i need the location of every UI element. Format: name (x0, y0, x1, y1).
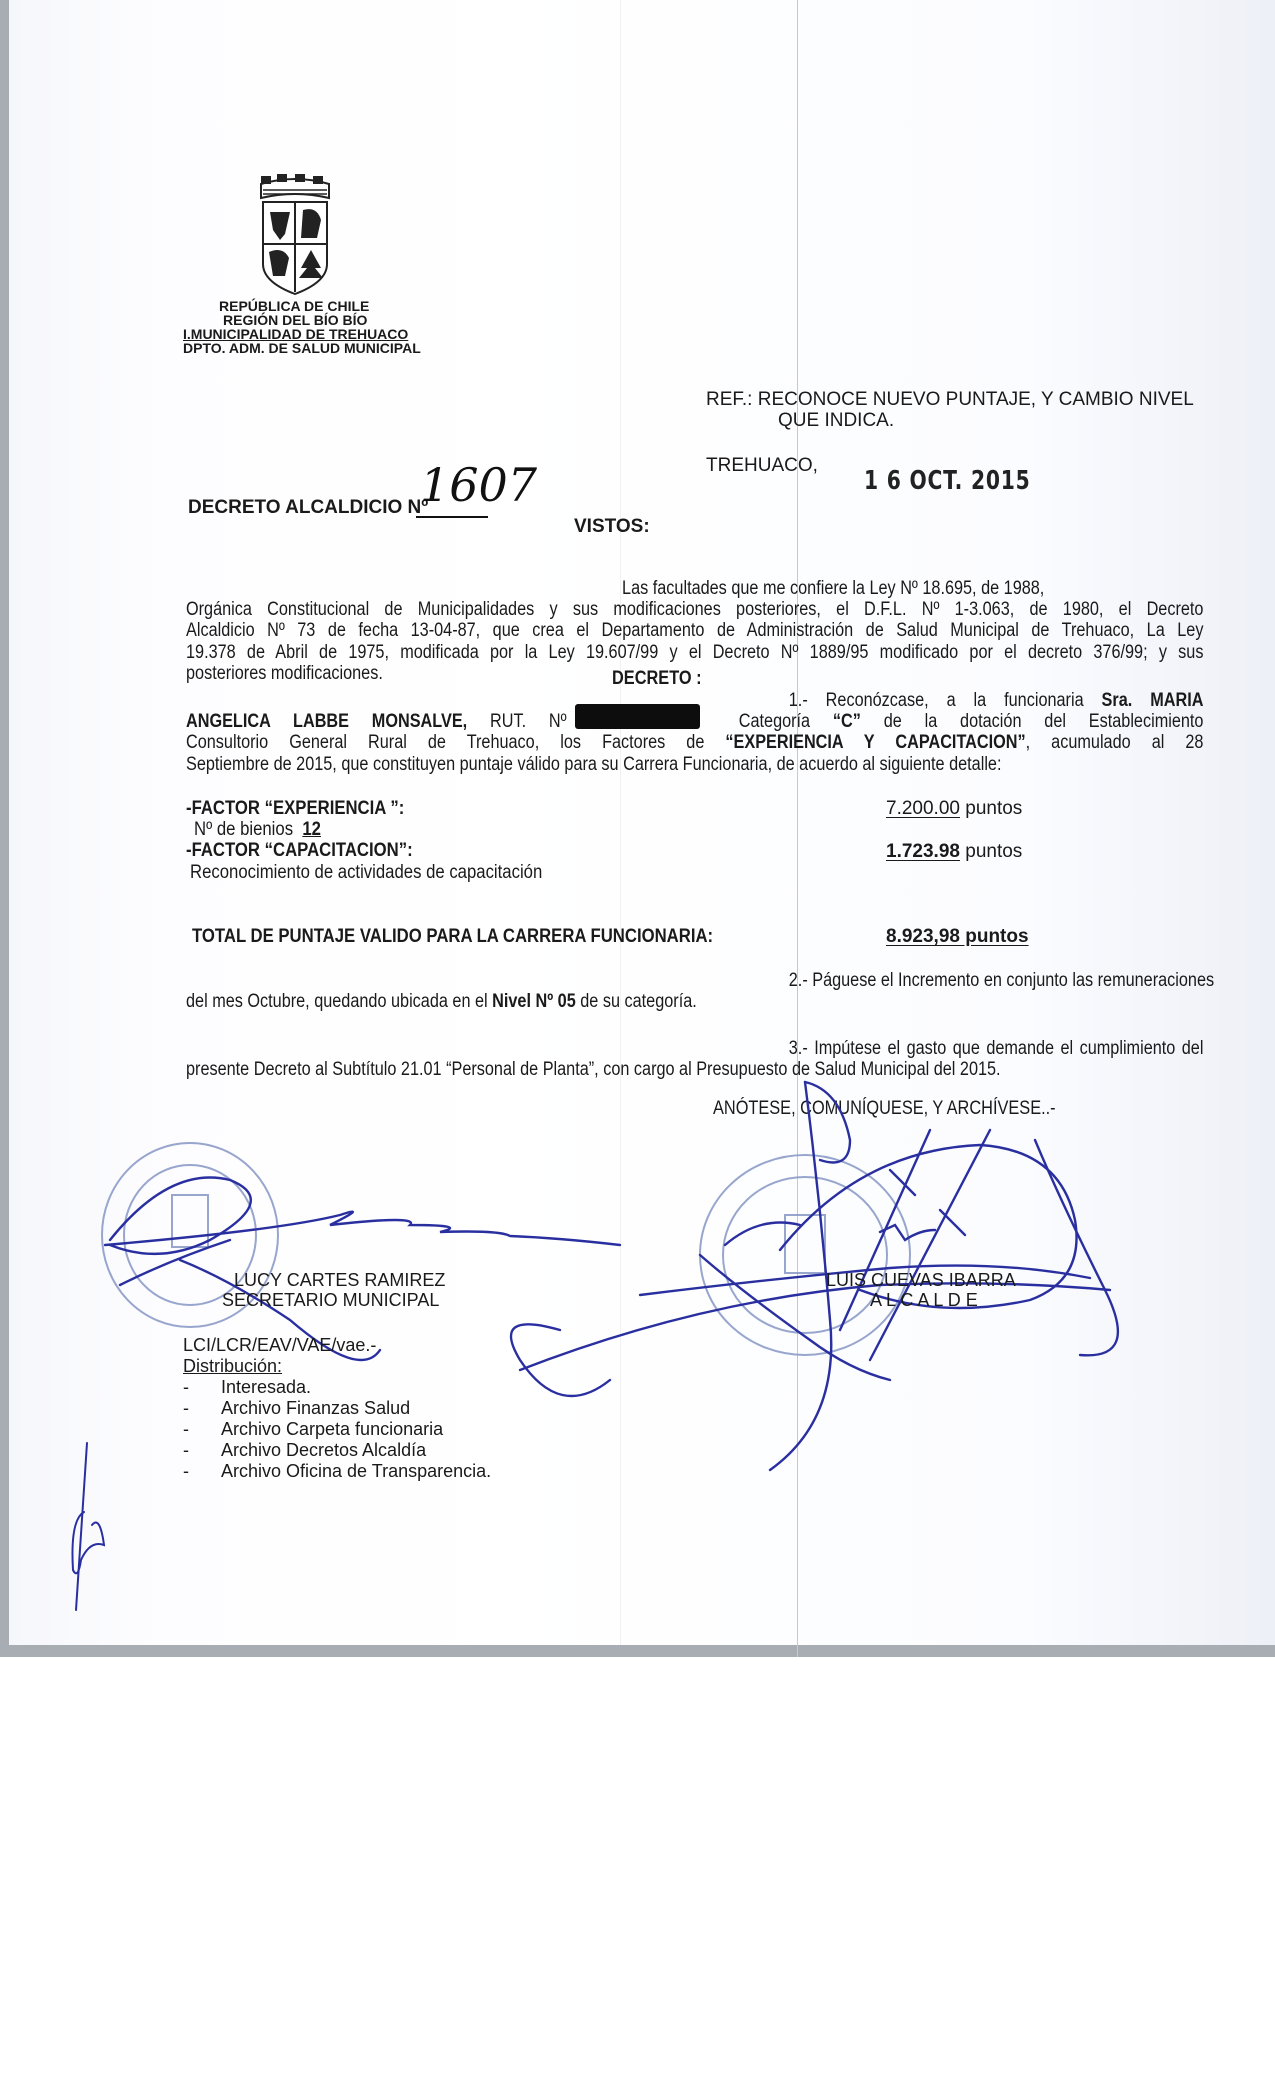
letterhead-line-region: REGIÓN DEL BÍO BÍO (183, 313, 421, 327)
initials: LCI/LCR/EAV/VAE/vae.- (183, 1335, 491, 1356)
reference-line-2: QUE INDICA. (706, 410, 1194, 431)
secretary-title: SECRETARIO MUNICIPAL (202, 1290, 445, 1310)
vistos-line-1: Las facultades que me confiere la Ley Nº… (186, 578, 1203, 599)
distribution-item: -Archivo Finanzas Salud (183, 1398, 491, 1419)
vistos-heading: VISTOS: (574, 516, 650, 538)
redacted-rut (575, 704, 700, 729)
decree-number-underline (416, 516, 488, 518)
decree-number-handwritten: 1607 (420, 458, 537, 512)
distribution-item: -Archivo Carpeta funcionaria (183, 1419, 491, 1440)
decreto-item-1: 1.- Reconózcase, a la funcionaria Sra. M… (186, 690, 1206, 775)
distribution-heading: Distribución: (183, 1356, 491, 1377)
capacitacion-points: 1.723.98 puntos (886, 841, 1022, 863)
distribution-item: -Archivo Decretos Alcaldía (183, 1440, 491, 1461)
reference: REF.: RECONOCE NUEVO PUNTAJE, Y CAMBIO N… (706, 389, 1194, 431)
bienios-row: Nº de bienios 12 (194, 819, 338, 841)
fold-line (620, 0, 621, 1645)
letterhead-line-country: REPÚBLICA DE CHILE (183, 299, 421, 313)
decreto-heading: DECRETO : (612, 668, 716, 689)
vistos-line-4: 19.378 de Abril de 1975, modificada por … (186, 642, 1203, 663)
secretary-name: LUCY CARTES RAMIREZ (202, 1270, 445, 1290)
decreto-item-2: 2.- Páguese el Incremento en conjunto la… (186, 970, 1206, 1012)
closing-formula: ANÓTESE, COMUNÍQUESE, Y ARCHÍVESE..- (713, 1098, 1111, 1119)
mayor-name: LUIS CUEVAS IBARRA (826, 1270, 1016, 1290)
decree-title: DECRETO ALCALDICIO Nº (188, 497, 428, 519)
factor-capacitacion-label: -FACTOR “CAPACITACION”: (186, 840, 444, 862)
date-stamp: 1 6 OCT. 2015 (864, 466, 1031, 496)
secretary-signature-block: LUCY CARTES RAMIREZ SECRETARIO MUNICIPAL (202, 1270, 445, 1310)
letterhead-line-municipality: I.MUNICIPALIDAD DE TREHUACO (183, 327, 421, 341)
bienios-value: 12 (302, 819, 321, 840)
distribution-item: -Archivo Oficina de Transparencia. (183, 1461, 491, 1482)
capacitacion-description: Reconocimiento de actividades de capacit… (190, 862, 590, 884)
experiencia-points: 7.200.00 puntos (886, 798, 1022, 820)
vistos-line-2: Orgánica Constitucional de Municipalidad… (186, 599, 1203, 620)
mayor-signature-block: LUIS CUEVAS IBARRA A L C A L D E (826, 1270, 1016, 1310)
letterhead: REPÚBLICA DE CHILE REGIÓN DEL BÍO BÍO I.… (183, 299, 421, 355)
total-points: 8.923,98 puntos (886, 926, 1029, 948)
coat-of-arms-icon (255, 172, 335, 297)
distribution-item: -Interesada. (183, 1377, 491, 1398)
factor-experiencia-label: -FACTOR “EXPERIENCIA ”: (186, 798, 434, 820)
mayor-title: A L C A L D E (826, 1290, 1016, 1310)
letterhead-line-department: DPTO. ADM. DE SALUD MUNICIPAL (183, 341, 421, 355)
total-label: TOTAL DE PUNTAJE VALIDO PARA LA CARRERA … (192, 926, 784, 948)
margin-line (797, 0, 798, 1657)
distribution-block: LCI/LCR/EAV/VAE/vae.- Distribución: -Int… (183, 1335, 491, 1482)
place: TREHUACO, (706, 455, 818, 477)
vistos-line-3: Alcaldicio Nº 73 de fecha 13-04-87, que … (186, 620, 1203, 641)
reference-line-1: REF.: RECONOCE NUEVO PUNTAJE, Y CAMBIO N… (706, 389, 1194, 410)
decreto-item-3: 3.- Impútese el gasto que demande el cum… (186, 1038, 1206, 1080)
